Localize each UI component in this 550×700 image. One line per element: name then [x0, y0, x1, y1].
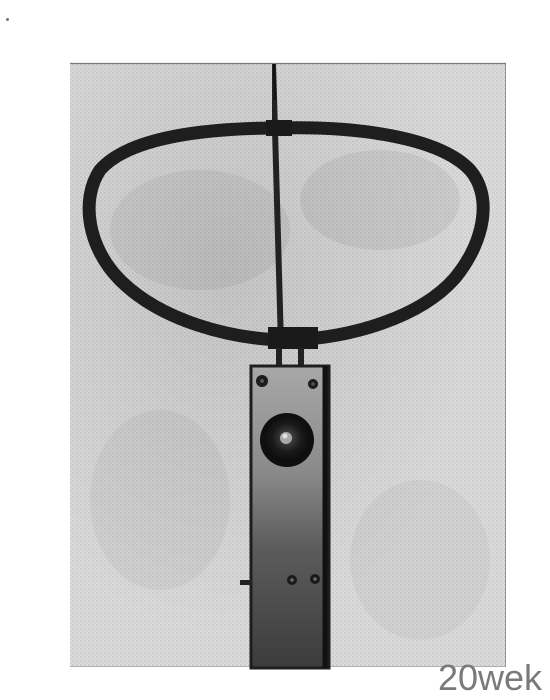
side-pin	[240, 580, 252, 585]
watermark: 20wek	[438, 660, 542, 696]
screw-icon	[310, 574, 320, 584]
scan-speck	[6, 18, 9, 21]
photograph	[0, 0, 550, 700]
tuning-knob	[260, 413, 314, 467]
screw-icon	[287, 575, 297, 585]
screw-icon	[256, 375, 268, 387]
mounting-plate	[240, 366, 329, 668]
screw-icon	[308, 379, 318, 389]
